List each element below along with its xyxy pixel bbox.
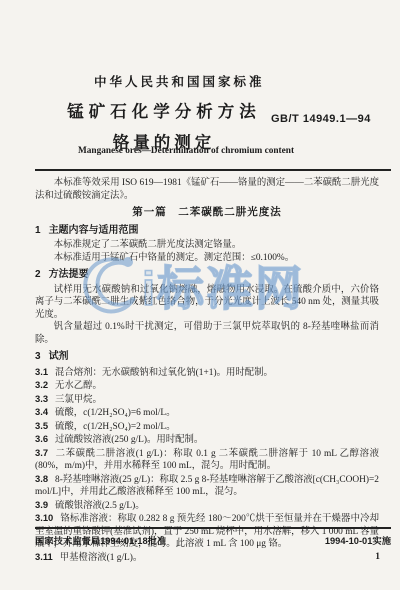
reagent-item-number: 3.4 [35, 406, 48, 417]
section-1-paragraph: 本标准规定了二苯碳酰二肼光度法测定铬量。 [35, 239, 379, 252]
reagent-item-text: 硫酸，c(1/2H₂SO₄)=6 mol/L。 [55, 408, 175, 418]
section-3-number: 3 [35, 351, 41, 362]
reagent-item-text: 三氯甲烷。 [55, 395, 102, 405]
footer: 国家技术监督局1994-01-18批准 1994-10-01实施 [35, 533, 391, 547]
section-1-paragraph: 本标准适用于锰矿石中铬量的测定。测定范围：≤0.100%。 [35, 252, 379, 265]
reagent-item-text: 过硫酸铵溶液(250 g/L)。用时配制。 [55, 435, 203, 445]
header-divider [35, 169, 391, 171]
section-1-heading: 1主题内容与适用范围 [35, 225, 379, 238]
document-title-line1: 锰矿石化学分析方法 [58, 98, 270, 122]
page-number: 1 [375, 552, 380, 562]
reagent-item-text: 8-羟基喹啉溶液(25 g/L)：称取 2.5 g 8-羟基喹啉溶解于乙酸溶液[… [35, 475, 379, 498]
part-heading: 第一篇 二苯碳酰二肼光度法 [35, 206, 379, 219]
section-3-heading: 3试剂 [35, 351, 379, 364]
reagent-item-number: 3.9 [35, 499, 48, 510]
reagent-item: 3.7二苯碳酰二肼溶液(1 g/L)：称取 0.1 g 二苯碳酰二肼溶解于 10… [35, 447, 379, 473]
reagent-item-number: 3.6 [35, 433, 48, 444]
section-2-paragraph: 钒含量超过 0.1%时干扰测定，可借助于三氯甲烷萃取钒的 8-羟基喹啉盐而消除。 [35, 321, 379, 346]
reagent-item: 3.9硫酸银溶液(2.5 g/L)。 [35, 499, 379, 513]
section-3-title: 试剂 [49, 351, 69, 362]
reagent-item-text: 无水乙醇。 [55, 381, 102, 391]
standard-kicker: 中华人民共和国国家标准 [94, 72, 265, 90]
reagent-item: 3.6过硫酸铵溶液(250 g/L)。用时配制。 [35, 433, 379, 447]
document-body: 本标准等效采用 ISO 619—1981《锰矿石——铬量的测定——二苯碳酰二肼光… [35, 177, 379, 564]
section-2-number: 2 [35, 269, 41, 280]
reagent-item-number: 3.3 [35, 393, 48, 404]
reagent-item-number: 3.10 [35, 512, 53, 523]
reagent-item: 3.88-羟基喹啉溶液(25 g/L)：称取 2.5 g 8-羟基喹啉溶解于乙酸… [35, 473, 379, 499]
reagent-item-number: 3.7 [35, 447, 48, 458]
reagent-item-number: 3.8 [35, 473, 48, 484]
reagent-item: 3.11甲基橙溶液(1 g/L)。 [35, 551, 379, 565]
reagent-item: 3.2无水乙醇。 [35, 379, 379, 393]
section-2-title: 方法提要 [49, 269, 89, 280]
section-1-title: 主题内容与适用范围 [49, 225, 139, 236]
intro-paragraph: 本标准等效采用 ISO 619—1981《锰矿石——铬量的测定——二苯碳酰二肼光… [35, 177, 379, 202]
footer-approved: 国家技术监督局1994-01-18批准 [35, 533, 166, 547]
reagent-item: 3.3三氯甲烷。 [35, 393, 379, 407]
reagent-item-text: 硫酸银溶液(2.5 g/L)。 [55, 501, 145, 511]
reagent-item-text: 甲基橙溶液(1 g/L)。 [60, 553, 143, 563]
reagent-item: 3.1混合熔剂：无水碳酸钠和过氧化钠(1+1)。用时配制。 [35, 366, 379, 380]
section-1-number: 1 [35, 225, 41, 236]
reagent-item: 3.5硫酸，c(1/2H₂SO₄)=2 mol/L。 [35, 420, 379, 434]
reagent-item-number: 3.2 [35, 379, 48, 390]
title-block: 锰矿石化学分析方法 铬量的测定 [58, 98, 270, 153]
reagent-item-number: 3.11 [35, 551, 53, 562]
section-2-paragraph: 试样用无水碳酸钠和过氧化钠熔融，熔融物用水浸取。在硫酸介质中，六价铬离子与二苯碳… [35, 284, 379, 322]
reagent-item: 3.4硫酸，c(1/2H₂SO₄)=6 mol/L。 [35, 406, 379, 420]
standard-number: GB/T 14949.1—94 [271, 113, 371, 125]
reagent-item-text: 二苯碳酰二肼溶液(1 g/L)：称取 0.1 g 二苯碳酰二肼溶解于 10 mL… [35, 449, 379, 472]
scanned-standard-page: 中华人民共和国国家标准 锰矿石化学分析方法 铬量的测定 GB/T 14949.1… [0, 0, 400, 590]
reagent-item-number: 3.1 [35, 366, 48, 377]
document-title-english: Manganese ores—Determination of chromium… [78, 146, 294, 156]
reagent-item-text: 硫酸，c(1/2H₂SO₄)=2 mol/L。 [55, 422, 175, 432]
footer-implemented: 1994-10-01实施 [325, 533, 391, 547]
section-2-heading: 2方法提要 [35, 269, 379, 282]
reagent-item-text: 混合熔剂：无水碳酸钠和过氧化钠(1+1)。用时配制。 [55, 368, 273, 378]
footer-divider [35, 527, 391, 529]
reagent-item-number: 3.5 [35, 420, 48, 431]
